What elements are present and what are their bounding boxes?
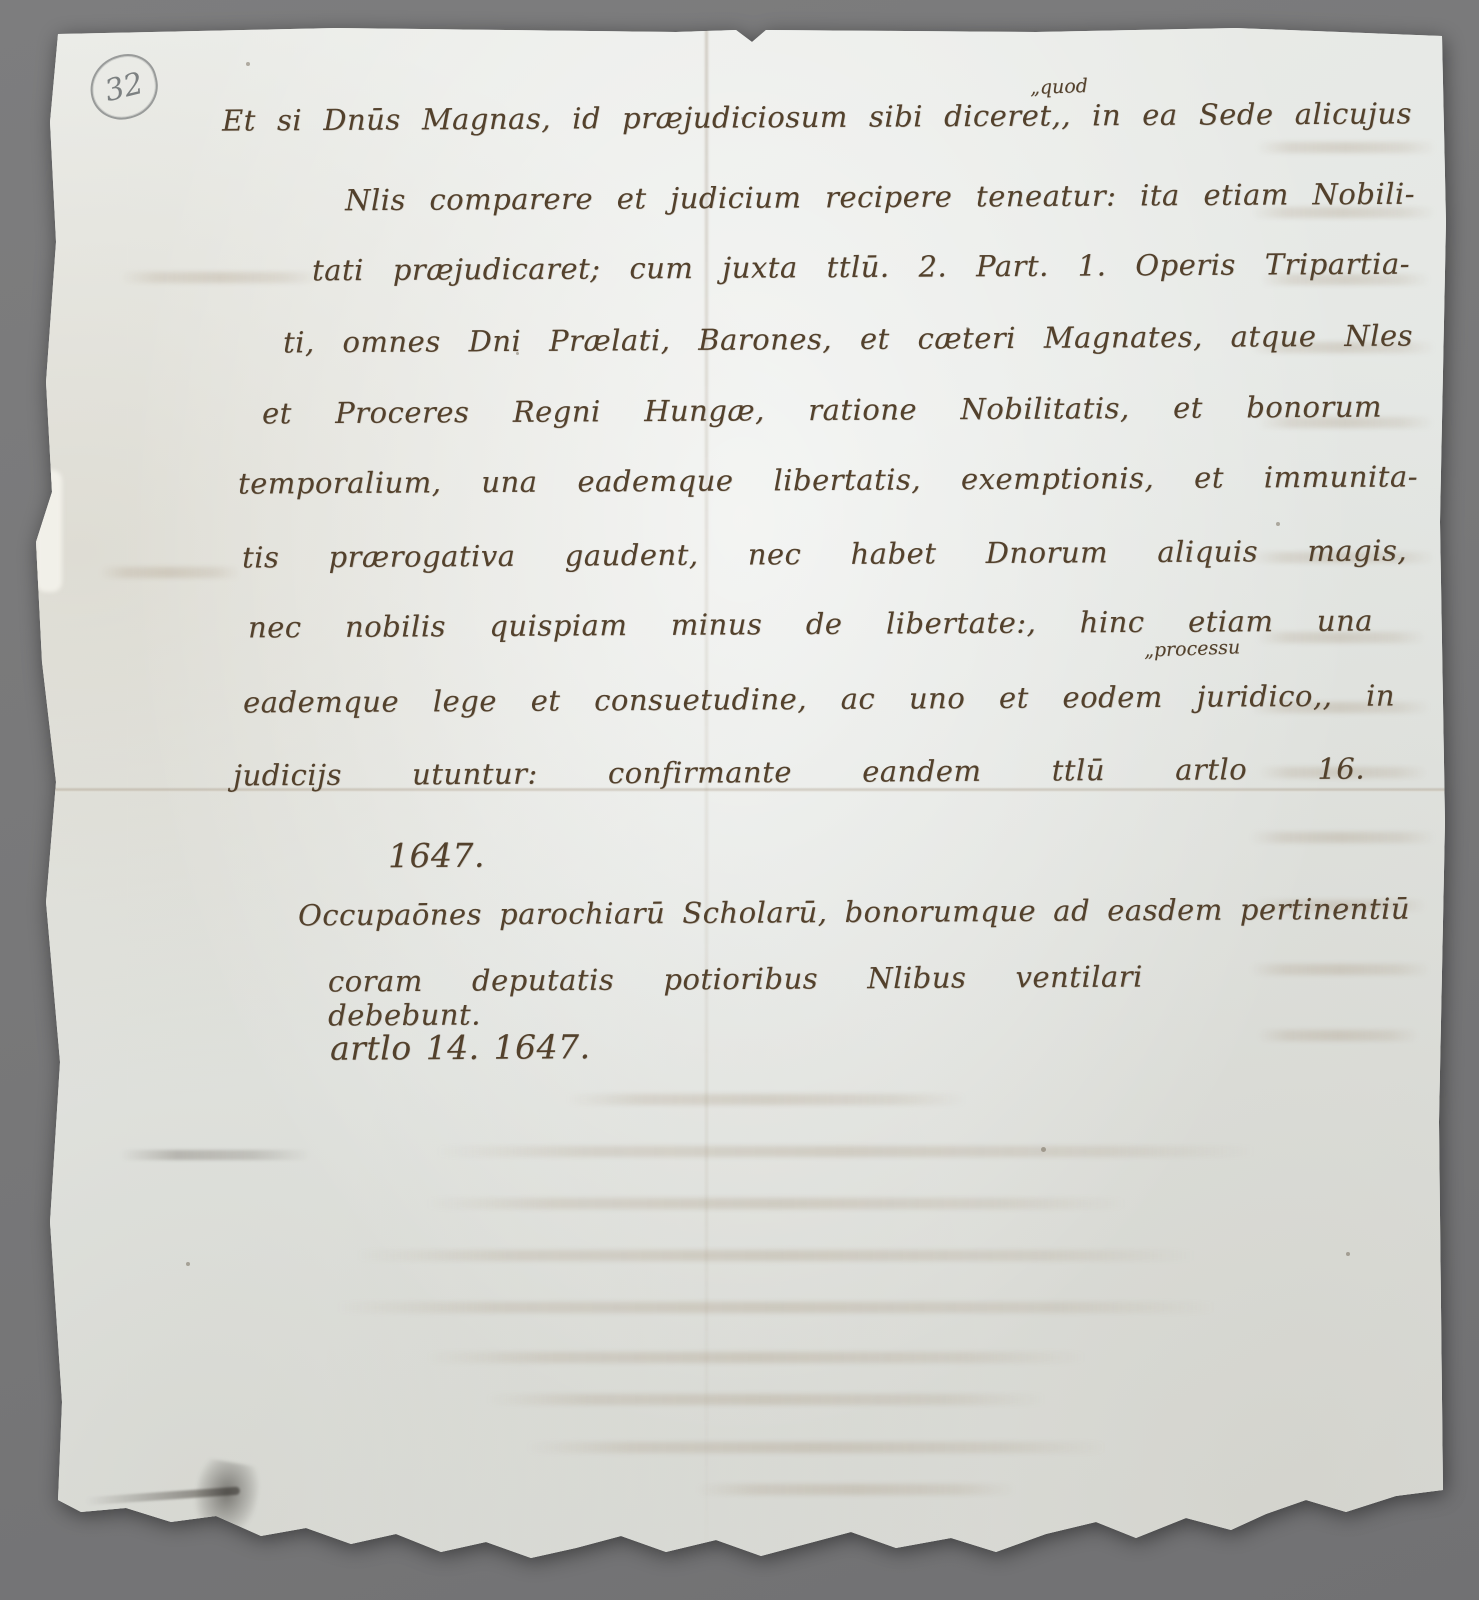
archival-number: 32 (83, 48, 164, 127)
bleed-through-ghost (426, 1198, 1126, 1209)
bleed-through-ghost (100, 567, 240, 578)
ink-smudge (189, 1457, 263, 1541)
bleed-through-ghost (566, 1094, 966, 1105)
paper-shadow-wrap: 32 Et si Dnūs Magnas, id præjudiciosum s… (0, 0, 1479, 1600)
torn-edge-flap (36, 470, 62, 592)
ink-line: Et si Dnūs Magnas, id præjudiciosum sibi… (222, 96, 1412, 137)
bleed-through-ghost (1258, 1030, 1418, 1041)
bleed-through-ghost (426, 1352, 1086, 1363)
interlinear-insertion: „quod (1030, 75, 1089, 99)
bleed-through-ghost (696, 1484, 1016, 1495)
bleed-through-ghost (1250, 964, 1430, 975)
ink-smear (120, 1150, 310, 1160)
ink-line: tis prærogativa gaudent, nec habet Dnoru… (242, 533, 1407, 574)
ink-line-article-year: artlo 14. 1647. (330, 1027, 591, 1068)
bleed-through-ghost (356, 1250, 1196, 1261)
ink-line: et Proceres Regni Hungæ, ratione Nobilit… (262, 390, 1382, 431)
ink-line: ti, omnes Dni Prælati, Barones, et cæter… (283, 319, 1413, 360)
ink-speck (1346, 1252, 1350, 1256)
bleed-through-ghost (1250, 832, 1435, 843)
manuscript-scan: 32 Et si Dnūs Magnas, id præjudiciosum s… (0, 0, 1479, 1600)
manuscript-page: 32 Et si Dnūs Magnas, id præjudiciosum s… (36, 22, 1450, 1578)
ink-speck (1276, 522, 1280, 526)
bleed-through-ghost (120, 272, 320, 283)
ink-line: temporalium, una eademque libertatis, ex… (238, 459, 1418, 500)
archival-number-label: 32 (101, 65, 147, 108)
ink-line: Nlis comparere et judicium recipere tene… (345, 177, 1415, 218)
ink-line: coram deputatis potioribus Nlibus ventil… (328, 960, 1143, 1033)
ink-line: eademque lege et consuetudine, ac uno et… (243, 678, 1395, 719)
ink-speck (186, 1262, 190, 1266)
bleed-through-ghost (336, 1302, 1216, 1313)
ink-line: Occupaōnes parochiarū Scholarū, bonorumq… (298, 892, 1410, 933)
interlinear-insertion: „processu (1144, 636, 1241, 661)
ink-speck (1041, 1147, 1046, 1152)
bleed-through-ghost (436, 1146, 1256, 1157)
bleed-through-ghost (1256, 142, 1436, 153)
ink-line: judicijs utuntur: confirmante eandem ttl… (233, 752, 1365, 793)
bleed-through-ghost (526, 1442, 1106, 1453)
ink-speck (246, 62, 250, 66)
ink-line-year: 1647. (388, 836, 485, 876)
ink-line: tati præjudicaret; cum juxta ttlū. 2. Pa… (312, 247, 1410, 288)
bleed-through-ghost (486, 1394, 1046, 1405)
